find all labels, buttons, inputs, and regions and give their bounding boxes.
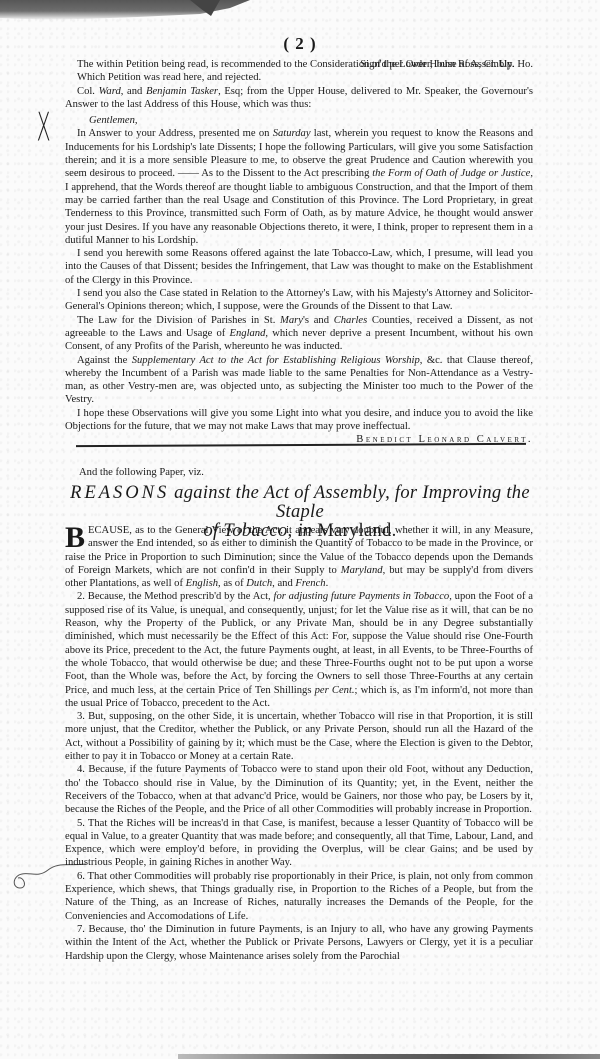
- reason-1: BECAUSE, as to the General View of the A…: [65, 524, 533, 590]
- reason-6: 6. That other Commodities will probably …: [65, 870, 533, 923]
- closing-paragraph: I hope these Observations will give you …: [65, 407, 533, 434]
- margin-x-mark-icon: X: [37, 105, 51, 151]
- scanned-document-page: ( 2 ) X The within Petition being read, …: [0, 0, 600, 1059]
- reason-2: 2. Because, the Method prescrib'd by the…: [65, 590, 533, 710]
- reason-4: 4. Because, if the future Payments of To…: [65, 763, 533, 816]
- supplementary-act-paragraph: Against the Supplementary Act to the Act…: [65, 354, 533, 407]
- salutation: Gentlemen,: [65, 114, 533, 127]
- attorney-law-paragraph: I send you also the Case stated in Relat…: [65, 287, 533, 314]
- reason-5: 5. That the Riches will be increas'd in …: [65, 817, 533, 870]
- tobacco-law-paragraph: I send you herewith some Reasons offered…: [65, 247, 533, 287]
- drop-cap: B: [65, 525, 85, 550]
- reason-7: 7. Because, tho' the Diminution in futur…: [65, 923, 533, 963]
- answer-paragraph: In Answer to your Address, presented me …: [65, 127, 533, 247]
- reasons-section: BECAUSE, as to the General View of the A…: [65, 524, 533, 963]
- page-bottom-edge: [178, 1054, 600, 1059]
- parishes-paragraph: The Law for the Division of Parishes in …: [65, 314, 533, 354]
- page-number: ( 2 ): [0, 34, 600, 54]
- governour-answer-section: The within Petition being read, is recom…: [65, 58, 533, 447]
- delivery-paragraph: Col. Ward, and Benjamin Tasker, Esq; fro…: [65, 85, 533, 112]
- rejected-paragraph: Which Petition was read here, and reject…: [65, 71, 533, 84]
- reason-3: 3. But, supposing, on the other Side, it…: [65, 710, 533, 763]
- following-paper-intro: And the following Paper, viz.: [65, 466, 533, 479]
